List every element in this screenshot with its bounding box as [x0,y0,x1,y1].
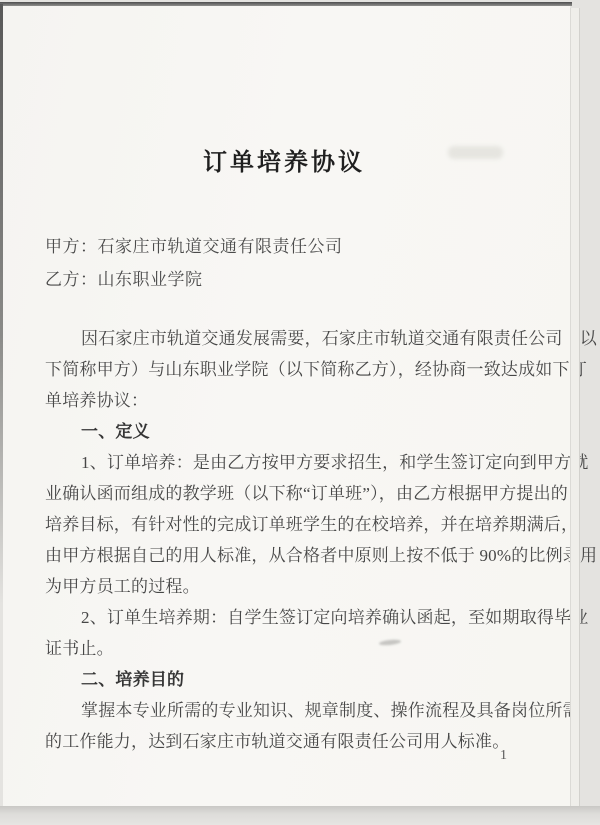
paper-sheet: 订单培养协议 甲方：石家庄市轨道交通有限责任公司 乙方：山东职业学院 因石家庄市… [3,5,570,806]
document-line: 业确认函而组成的教学班（以下称“订单班”），由乙方根据甲方提出的 [45,478,535,509]
document-line: 1、订单培养：是由乙方按甲方要求招生，和学生签订定向到甲方就 [45,447,535,478]
section-heading-training-purpose: 二、培养目的 [45,664,535,695]
document-line: 的工作能力，达到石家庄市轨道交通有限责任公司用人标准。 [45,726,535,757]
scan-edge-top-line [0,2,572,6]
document-line: 由甲方根据自己的用人标准，从合格者中原则上按不低于 90%的比例录用 [45,540,535,571]
scanned-document-page: { "document": { "title": "订单培养协议", "part… [0,0,600,825]
document-line: 证书止。 [45,633,535,664]
page-number: 1 [500,748,507,764]
scan-artifact [448,146,503,159]
document-line: 培养目标，有针对性的完成订单班学生的在校培养，并在培养期满后， [45,509,535,540]
scanner-backdrop-bottom [0,806,600,825]
party-a-line: 甲方：石家庄市轨道交通有限责任公司 [45,230,535,263]
section-heading-definitions: 一、定义 [45,416,535,447]
document-line: 因石家庄市轨道交通发展需要，石家庄市轨道交通有限责任公司（以 [45,323,535,354]
document-line: 掌握本专业所需的专业知识、规章制度、操作流程及具备岗位所需 [45,695,535,726]
parties-block: 甲方：石家庄市轨道交通有限责任公司 乙方：山东职业学院 [45,230,535,296]
document-line: 下简称甲方）与山东职业学院（以下简称乙方），经协商一致达成如下订 [45,354,535,385]
party-b-line: 乙方：山东职业学院 [45,263,535,296]
document-body: 因石家庄市轨道交通发展需要，石家庄市轨道交通有限责任公司（以 下简称甲方）与山东… [45,323,535,757]
scan-edge-left-line [0,4,3,604]
document-line: 2、订单生培养期：自学生签订定向培养确认函起，至如期取得毕业 [45,602,535,633]
document-line: 为甲方员工的过程。 [45,571,535,602]
document-line: 单培养协议： [45,385,535,416]
paper-stack-edge [570,8,580,806]
